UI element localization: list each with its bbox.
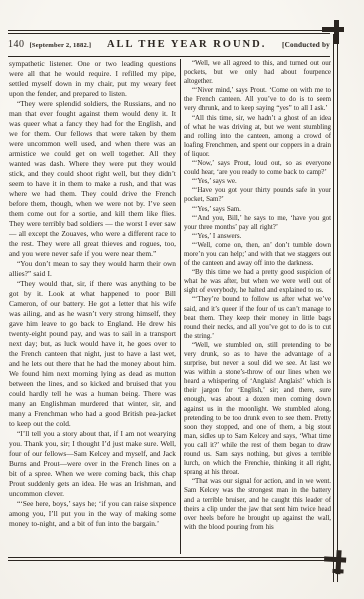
scanned-page: 140 [September 2, 1882.] ALL THE YEAR RO…	[0, 0, 364, 599]
conducted-by-label: [Conducted by	[282, 41, 330, 49]
header-left-group: 140 [September 2, 1882.]	[8, 39, 91, 50]
page-edge-border	[333, 34, 338, 582]
paragraph: “‘Yes,’ says we.	[184, 177, 331, 186]
paragraph: “‘They’re bound to follow us after what …	[184, 295, 331, 340]
paragraph: “‘Niver mind,’ says Prout. ‘Come on with…	[184, 86, 331, 113]
paragraph: “They would that, sir, if there was anyt…	[9, 279, 176, 429]
paragraph: “‘Have you got your thirty pounds safe i…	[184, 186, 331, 204]
page-number: 140	[8, 39, 25, 50]
paragraph: “By this time we had a pretty good suspi…	[184, 268, 331, 295]
left-column-text: sympathetic listener. One or two leading…	[9, 59, 176, 554]
paragraph: “‘See here, boys,’ says he; ‘if you can …	[9, 499, 176, 529]
issue-date: [September 2, 1882.]	[30, 42, 92, 49]
paragraph: sympathetic listener. One or two leading…	[9, 59, 176, 99]
running-header: 140 [September 2, 1882.] ALL THE YEAR RO…	[8, 39, 330, 55]
column-divider-rule	[180, 59, 181, 554]
top-double-rule	[8, 30, 330, 34]
bottom-double-rule	[8, 557, 330, 561]
right-column-text: “Well, we all agreed to this, and turned…	[184, 59, 331, 554]
paragraph: “‘Well, come on, then, an’ don’t tumble …	[184, 241, 331, 268]
paragraph: “I’ll tell you a story about that, if I …	[9, 429, 176, 499]
paragraph: “‘Yes,’ I answers.	[184, 232, 331, 241]
paragraph: “Well, we stumbled on, still pretending …	[184, 341, 331, 477]
text-columns: sympathetic listener. One or two leading…	[9, 59, 331, 554]
header-separator-rule	[8, 56, 330, 57]
paragraph: “They were splendid soldiers, the Russia…	[9, 99, 176, 259]
paragraph: “‘Yes,’ says Sam.	[184, 205, 331, 214]
paragraph: “‘Now,’ says Prout, loud out, so as ever…	[184, 159, 331, 177]
paragraph: “All this time, sir, we hadn’t a ghost o…	[184, 114, 331, 159]
paragraph: “That was our signal for action, and in …	[184, 477, 331, 532]
paragraph: “You don’t mean to say they would harm t…	[9, 259, 176, 279]
paragraph: “Well, we all agreed to this, and turned…	[184, 59, 331, 86]
journal-title: ALL THE YEAR ROUND.	[107, 39, 266, 50]
paragraph: “‘And you, Bill,’ he says to me, ‘have y…	[184, 214, 331, 232]
